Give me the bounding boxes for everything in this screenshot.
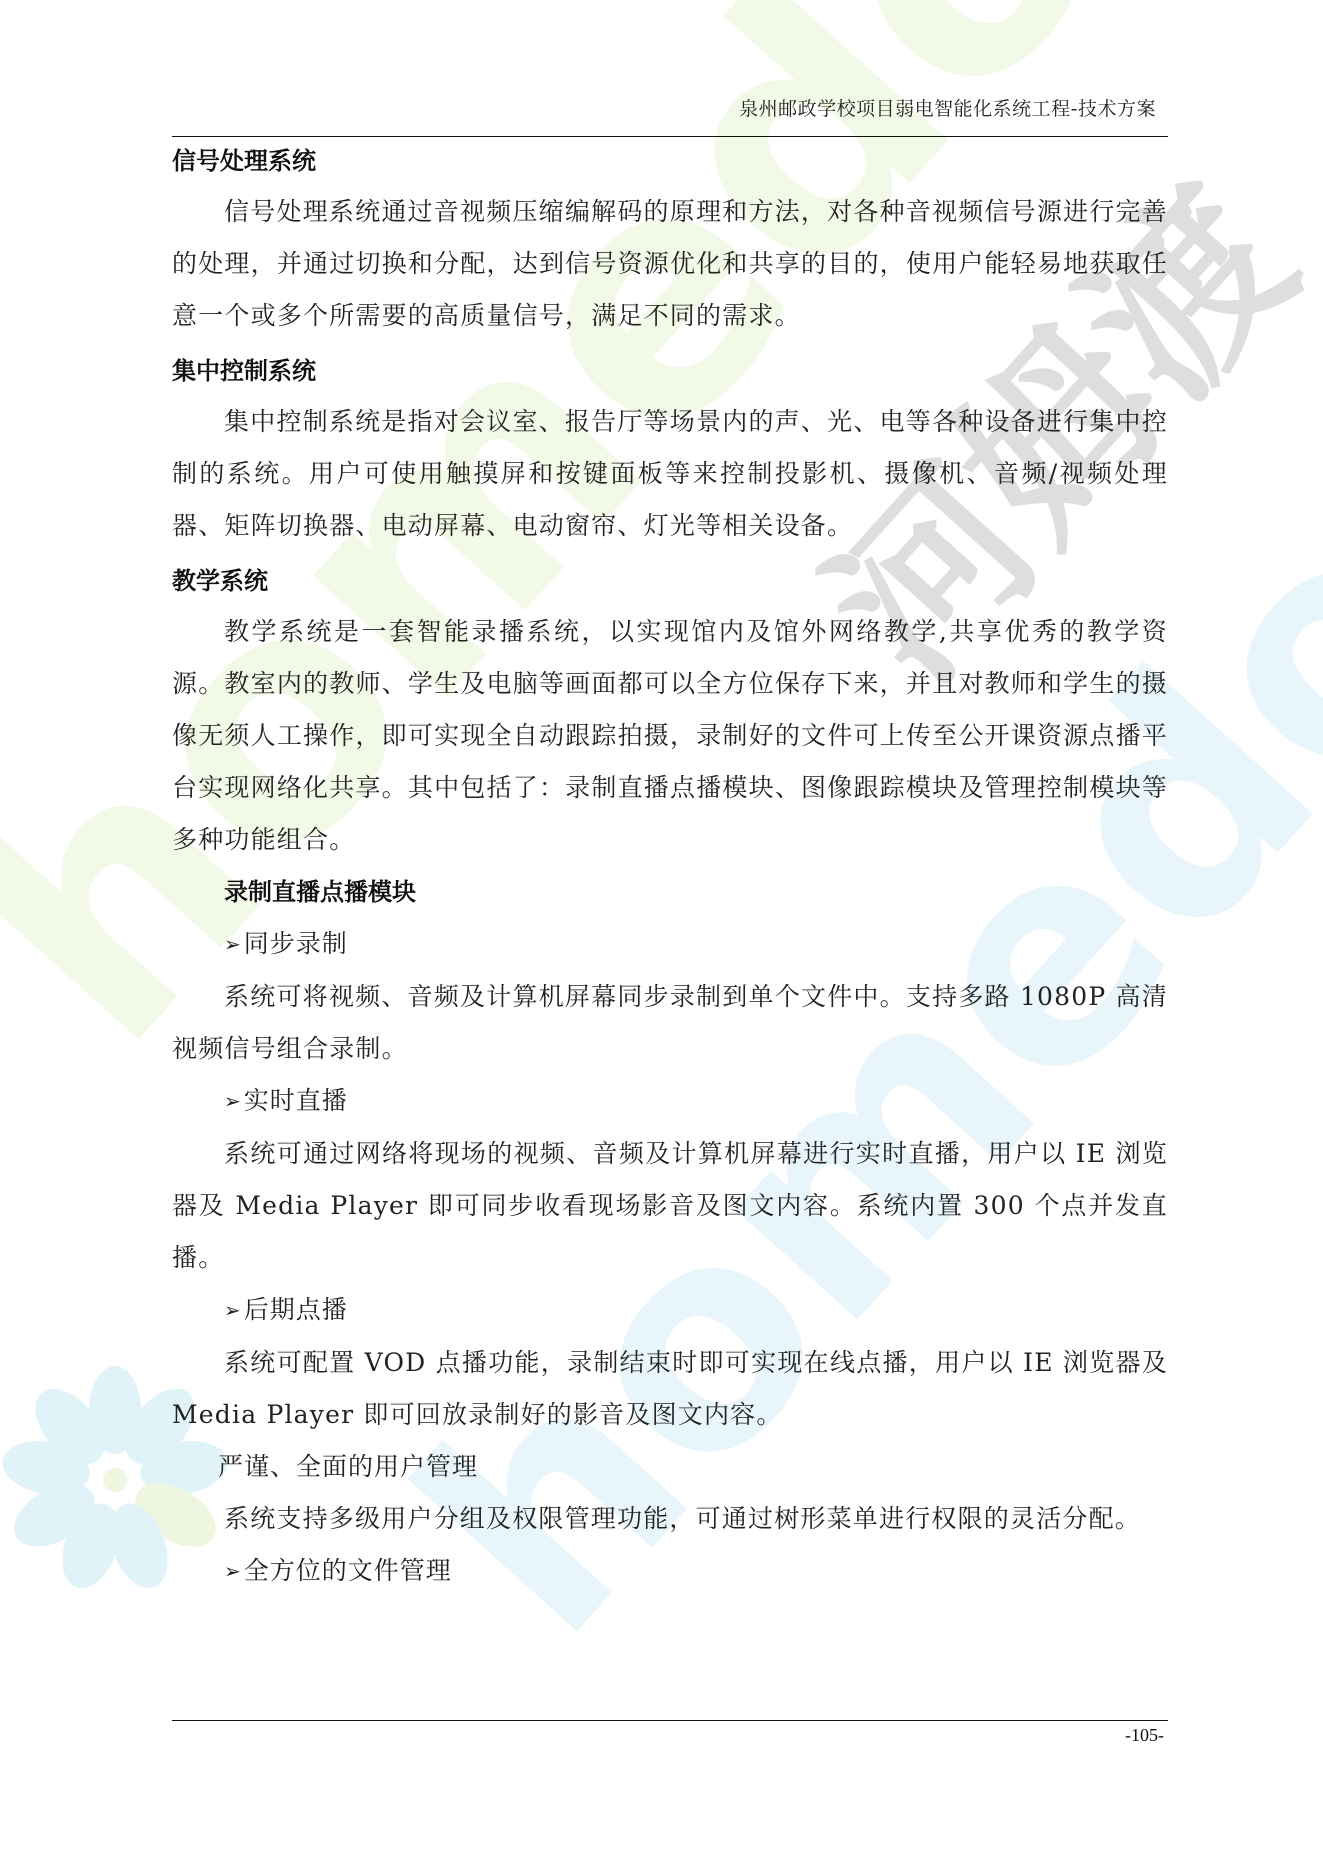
feature-description: 系统可配置 VOD 点播功能，录制结束时即可实现在线点播，用户以 IE 浏览器及…	[172, 1337, 1168, 1441]
feature-title-live-broadcast: 实时直播	[244, 1086, 348, 1115]
page-number: -105-	[1125, 1725, 1164, 1746]
feature-description: 系统可将视频、音频及计算机屏幕同步录制到单个文件中。支持多路 1080P 高清视…	[172, 971, 1168, 1075]
feature-item-title: ➢后期点播	[172, 1284, 1168, 1337]
section-paragraph: 教学系统是一套智能录播系统，以实现馆内及馆外网络教学,共享优秀的教学资源。教室内…	[172, 606, 1168, 866]
section-paragraph: 集中控制系统是指对会议室、报告厅等场景内的声、光、电等各种设备进行集中控制的系统…	[172, 396, 1168, 552]
arrow-bullet-icon: ➢	[224, 1545, 242, 1597]
section-heading-signal-processing: 信号处理系统	[172, 136, 1168, 186]
feature-title-sync-recording: 同步录制	[244, 929, 348, 958]
feature-item-title: ➢全方位的文件管理	[172, 1545, 1168, 1598]
page-header: 泉州邮政学校项目弱电智能化系统工程-技术方案	[172, 92, 1168, 137]
feature-title-vod: 后期点播	[244, 1295, 348, 1324]
feature-item-title: ➢同步录制	[172, 918, 1168, 971]
arrow-bullet-icon: ➢	[224, 918, 242, 970]
section-paragraph: 信号处理系统通过音视频压缩编解码的原理和方法，对各种音视频信号源进行完善的处理，…	[172, 186, 1168, 342]
feature-description: 系统支持多级用户分组及权限管理功能，可通过树形菜单进行权限的灵活分配。	[172, 1493, 1168, 1545]
section-heading-teaching-system: 教学系统	[172, 556, 1168, 606]
section-heading-central-control: 集中控制系统	[172, 346, 1168, 396]
page-footer: -105-	[172, 1720, 1168, 1721]
arrow-bullet-icon: ➢	[224, 1284, 242, 1336]
feature-title-file-management: 全方位的文件管理	[244, 1556, 452, 1585]
feature-title-user-management: 严谨、全面的用户管理	[172, 1441, 1168, 1493]
feature-description: 系统可通过网络将现场的视频、音频及计算机屏幕进行实时直播，用户以 IE 浏览器及…	[172, 1128, 1168, 1284]
page-content: 信号处理系统 信号处理系统通过音视频压缩编解码的原理和方法，对各种音视频信号源进…	[172, 136, 1168, 1598]
subsection-heading-recording-module: 录制直播点播模块	[172, 866, 1168, 918]
document-title: 泉州邮政学校项目弱电智能化系统工程-技术方案	[739, 94, 1156, 121]
feature-item-title: ➢实时直播	[172, 1075, 1168, 1128]
arrow-bullet-icon: ➢	[224, 1075, 242, 1127]
